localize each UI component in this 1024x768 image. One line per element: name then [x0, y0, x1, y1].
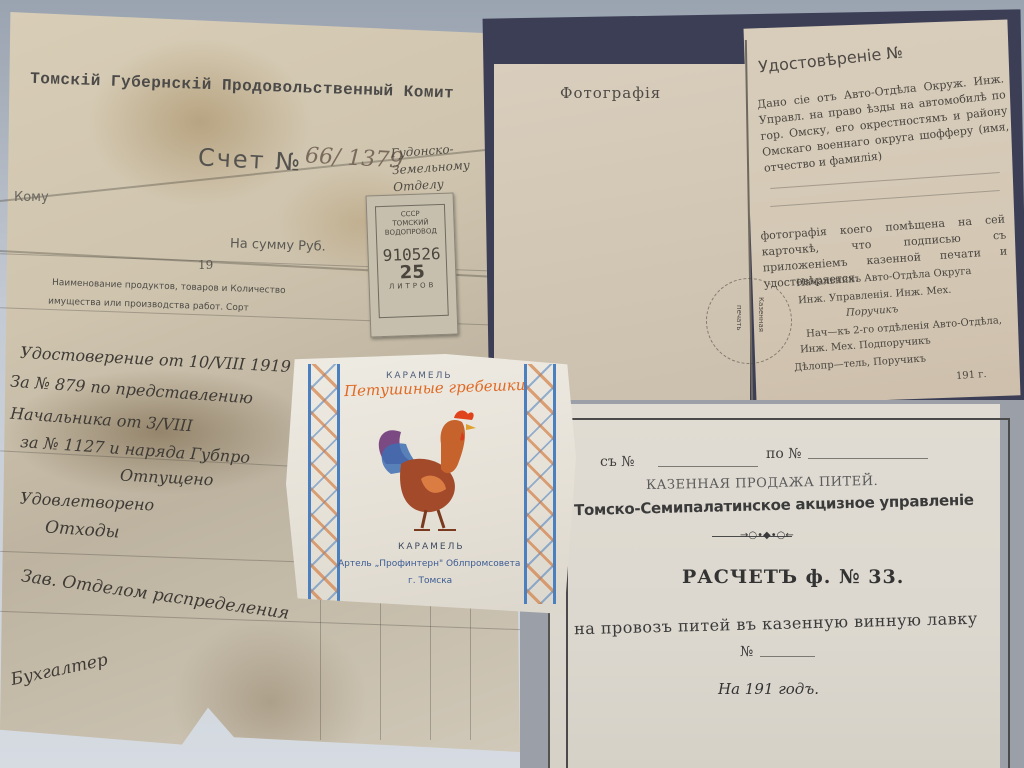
ticket-border: СССР ТОМСКИЙ ВОДОПРОВОД 910526 25 ЛИТРОВ [375, 204, 449, 318]
water-ticket: СССР ТОМСКИЙ ВОДОПРОВОД 910526 25 ЛИТРОВ [366, 193, 459, 338]
certificate-photo-page [494, 64, 750, 404]
seal-text: печать [735, 305, 743, 331]
rooster-icon [366, 404, 496, 539]
ticket-value: 25 [378, 263, 447, 283]
wrapper-maker: Артель „Профинтерн" Облпромсовета [338, 559, 520, 569]
certificate-year: 191 г. [956, 369, 987, 382]
seal-text: Казенная [757, 297, 765, 332]
seal-stamp: Казенная печать [706, 278, 792, 364]
table-column-rule [470, 600, 471, 740]
from-number-label: съ № [600, 454, 634, 470]
year-line: На 191 годъ. [718, 680, 819, 698]
fill-line [808, 458, 928, 459]
to-number-label: по № [766, 446, 801, 462]
invoice-schet-label: Счет № [197, 143, 303, 176]
fill-line [658, 466, 758, 467]
shop-number-label: № [740, 644, 753, 660]
photo-label: Фотографія [560, 84, 661, 102]
table-column-rule [380, 600, 381, 740]
raschet-title: РАСЧЕТЪ ф. № 33. [682, 566, 904, 588]
folk-ornament-border [308, 364, 340, 604]
invoice-addressee: Гудонско- Земельному Отделу [390, 139, 488, 197]
ornament-icon: →○•◆•○← [740, 530, 794, 541]
invoice-komu-label: Кому [14, 190, 49, 205]
invoice-number: 66/ 1379 [304, 143, 404, 173]
ticket-line: ВОДОПРОВОД [377, 227, 445, 238]
ticket-unit: ЛИТРОВ [379, 281, 447, 291]
wrapper-city: г. Томска [408, 576, 452, 586]
fill-line [760, 656, 815, 657]
excise-frame [566, 418, 1010, 768]
table-column-rule [430, 600, 431, 740]
folk-ornament-border [524, 364, 556, 604]
wrapper-title: Петушиные гребешки [344, 376, 526, 400]
candy-wrapper: КАРАМЕЛЬ Петушиные гребешки КАРАМЕЛЬ Арт… [286, 354, 576, 614]
table-column-rule [320, 600, 321, 740]
wrapper-label-bottom: КАРАМЕЛЬ [398, 542, 465, 552]
invoice-year-prefix: 19 [198, 258, 213, 272]
